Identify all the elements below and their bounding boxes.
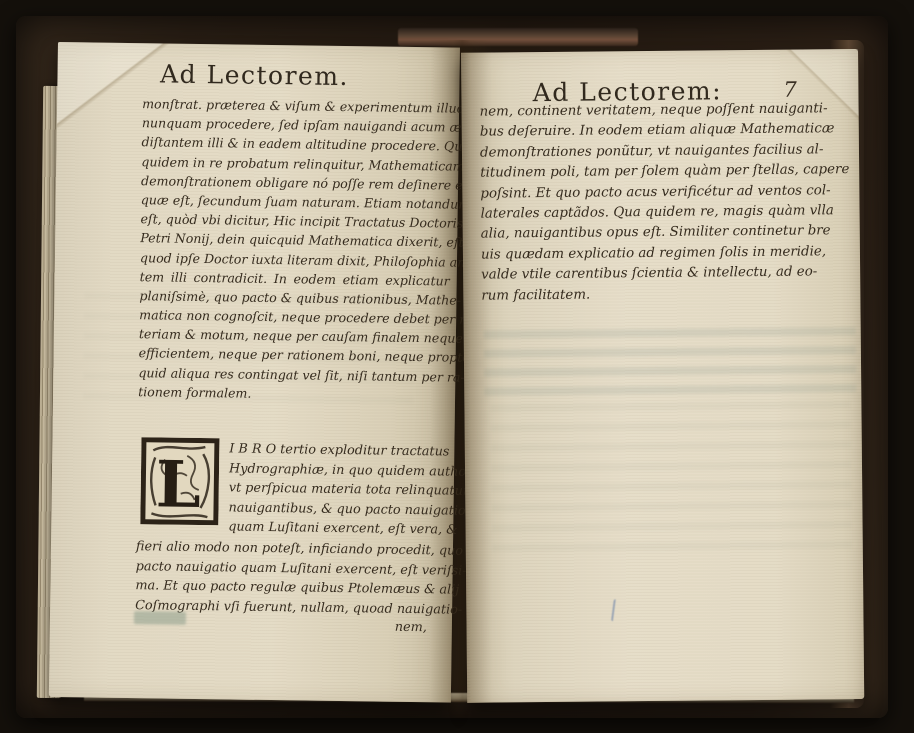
text-line: laterales captãdos. Qua quidem re, magis… xyxy=(480,202,776,225)
paragraph-one: monſtrat. præterea & viſum & experimentu… xyxy=(138,94,452,405)
text-line: quam Luſitani exercent, eſt vera, & xyxy=(228,518,446,541)
spine-endband xyxy=(398,28,638,46)
right-page: Ad Lectorem: 7 nem, continent veritatem,… xyxy=(461,49,864,703)
left-page: Ad Lectorem. monſtrat. præterea & viſum … xyxy=(49,42,460,703)
text-line: valde vtile carentibus ſcientia & intell… xyxy=(481,263,777,286)
svg-text:L: L xyxy=(155,447,201,523)
text-line: titudinem poli, tam per ſolem quàm per ſ… xyxy=(480,161,776,184)
text-line: I B R O tertio exploditur tractatus xyxy=(229,439,447,462)
text-line: vt perſpicua materia tota relinquatur xyxy=(229,479,447,502)
text-line: nem, continent veritatem, neque poſſent … xyxy=(479,100,775,123)
paragraph-two-full: fieri alio modo non poteſt, inficiando p… xyxy=(135,537,446,620)
book-photograph: Ad Lectorem. monſtrat. præterea & viſum … xyxy=(0,0,914,733)
faded-stamp-mark xyxy=(134,611,186,625)
ornate-initial-icon: L xyxy=(140,437,219,525)
paragraph-two-wrapped: I B R O tertio exploditur tractatusHydro… xyxy=(228,439,447,540)
bleedthrough-text-upper xyxy=(484,327,857,397)
running-header: Ad Lectorem. xyxy=(99,59,409,92)
text-line: uis quædam explicatio ad regimen ſolis i… xyxy=(481,243,777,266)
bleedthrough-text-lower xyxy=(490,401,852,564)
text-line: alia, nauigantibus opus eſt. Similiter c… xyxy=(481,222,777,245)
text-line: demonſtrationes ponũtur, vt nauigantes f… xyxy=(480,141,776,164)
text-line: bus deſeruire. In eodem etiam aliquæ Mat… xyxy=(480,120,776,143)
paragraph: nem, continent veritatem, neque poſſent … xyxy=(479,100,777,307)
text-line: poſsint. Et quo pacto acus verificétur a… xyxy=(480,181,776,204)
text-line: rum facilitatem. xyxy=(481,283,777,306)
woodcut-initial-L: L xyxy=(140,437,219,525)
page-number: 7 xyxy=(783,78,797,102)
blue-ink-mark xyxy=(611,599,619,621)
